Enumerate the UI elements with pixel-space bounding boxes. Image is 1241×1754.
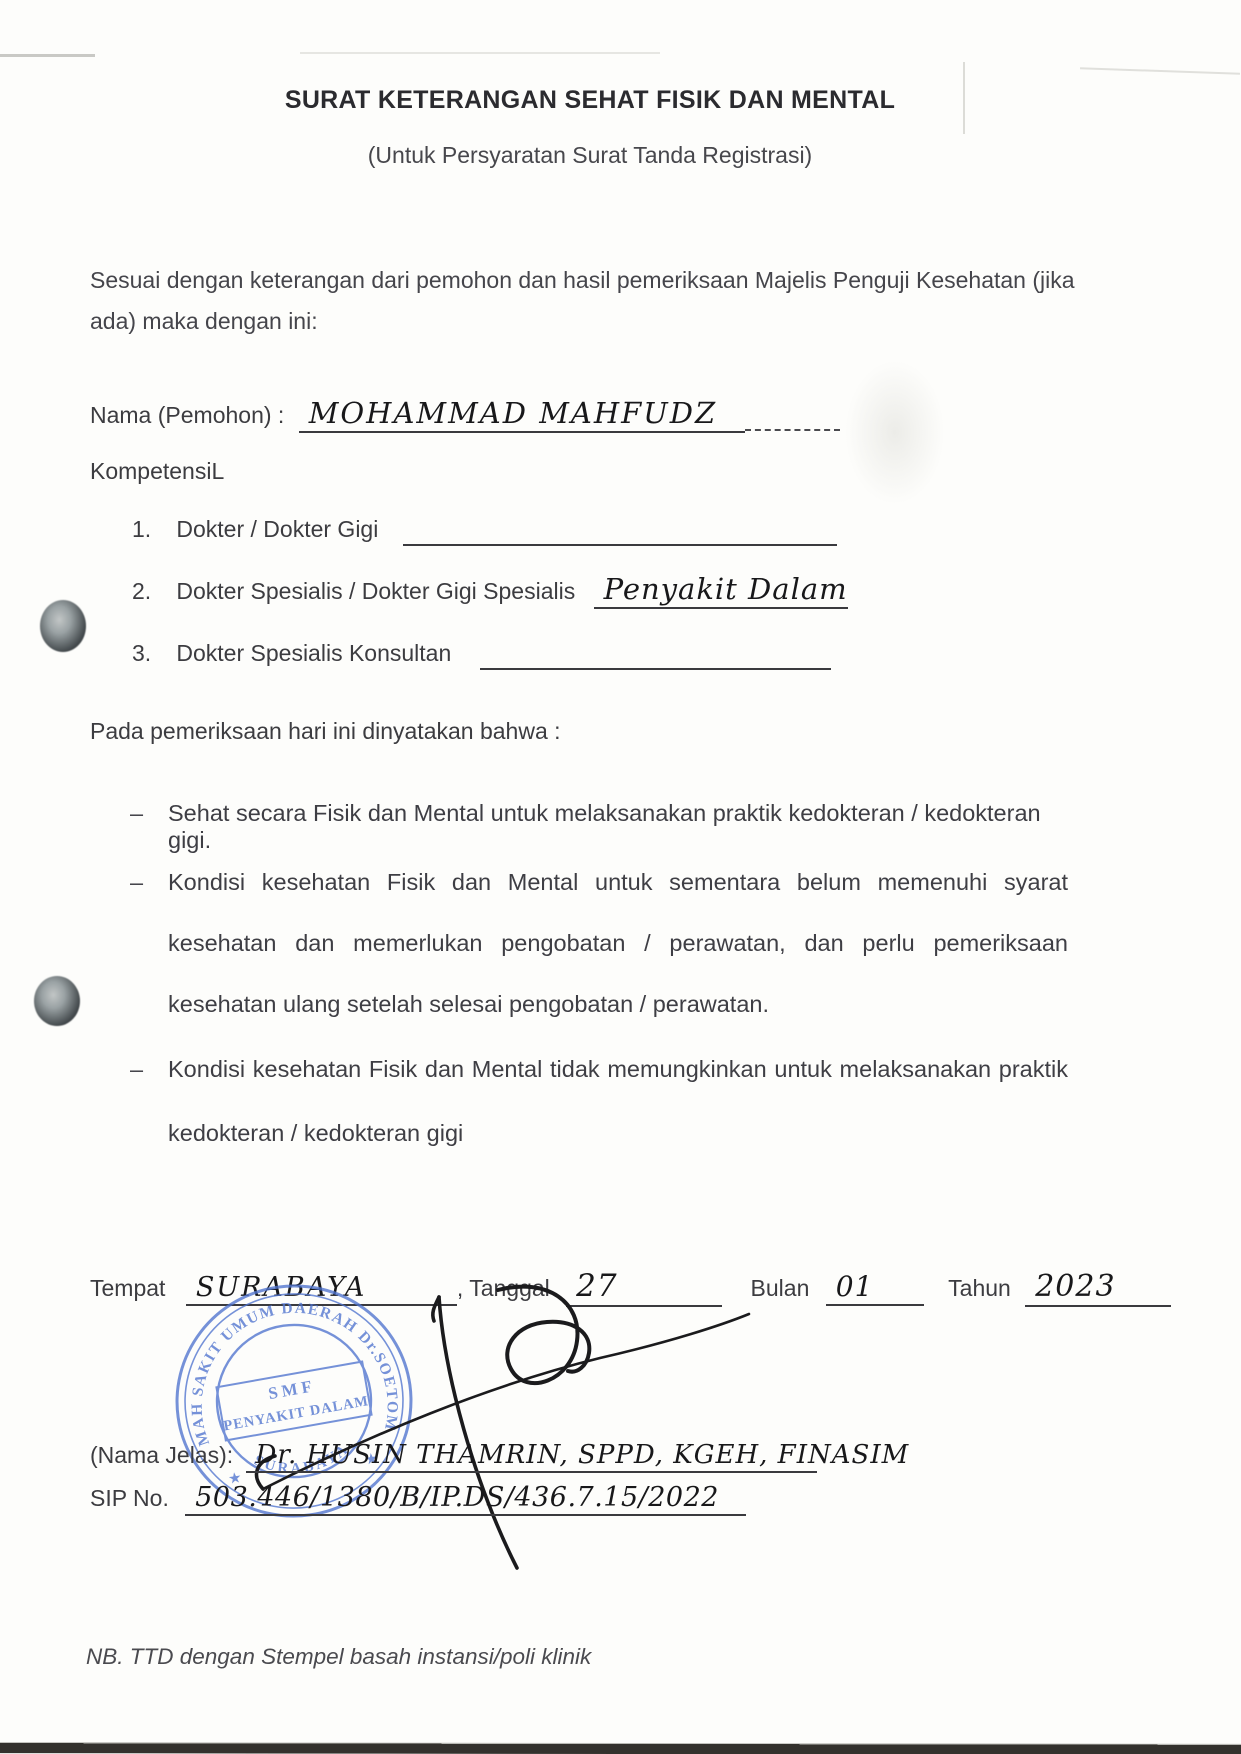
statement-3-dash: – (130, 1037, 168, 1165)
competency-item-2-number: 2. (132, 578, 170, 605)
competency-item-1-number: 1. (132, 516, 170, 543)
sip-label: SIP No. (90, 1485, 169, 1511)
scan-artifact-top-right (1080, 67, 1240, 75)
document-subtitle: (Untuk Persyaratan Surat Tanda Registras… (30, 142, 1150, 169)
scan-artifact-smudge (845, 360, 945, 505)
statement-2-text: Kondisi kesehatan Fisik dan Mental untuk… (168, 852, 1068, 1035)
statement-1-text: Sehat secara Fisik dan Mental untuk mela… (168, 800, 1068, 854)
competency-item-3: 3. Dokter Spesialis Konsultan (132, 640, 831, 670)
statement-1: – Sehat secara Fisik dan Mental untuk me… (130, 800, 1068, 854)
signer-name-field: Dr. HUSIN THAMRIN, SPPD, KGEH, FINASIM (246, 1440, 817, 1473)
applicant-name-handwriting: MOHAMMAD MAHFUDZ (309, 396, 717, 430)
document-title: SURAT KETERANGAN SEHAT FISIK DAN MENTAL (30, 86, 1150, 115)
statement-2: – Kondisi kesehatan Fisik dan Mental unt… (130, 852, 1068, 1035)
applicant-name-field: MOHAMMAD MAHFUDZ (299, 396, 745, 433)
signer-name-row: (Nama Jelas): Dr. HUSIN THAMRIN, SPPD, K… (90, 1440, 817, 1473)
year-label: Tahun (948, 1275, 1011, 1301)
competency-item-3-field (480, 640, 831, 670)
statement-3: – Kondisi kesehatan Fisik dan Mental tid… (130, 1037, 1068, 1165)
competency-item-2: 2. Dokter Spesialis / Dokter Gigi Spesia… (132, 572, 848, 609)
statement-2-dash: – (130, 852, 168, 1035)
competency-item-2-field: Penyakit Dalam (594, 572, 848, 609)
hole-punch-top (40, 600, 86, 652)
competency-item-2-label: Dokter Spesialis / Dokter Gigi Spesialis (176, 578, 575, 604)
scanned-document-page: SURAT KETERANGAN SEHAT FISIK DAN MENTAL … (0, 0, 1241, 1754)
applicant-name-field-tail (745, 402, 840, 431)
sip-row: SIP No. 503.446/1380/B/IP.DS/436.7.15/20… (90, 1482, 746, 1516)
statement-1-dash: – (130, 800, 168, 854)
scan-edge (0, 1742, 1241, 1754)
intro-paragraph: Sesuai dengan keterangan dari pemohon da… (90, 260, 1078, 342)
footnote: NB. TTD dengan Stempel basah instansi/po… (86, 1644, 591, 1670)
applicant-name-row: Nama (Pemohon) : MOHAMMAD MAHFUDZ (90, 396, 840, 433)
competency-heading: KompetensiL (90, 458, 224, 485)
applicant-name-label: Nama (Pemohon) : (90, 402, 284, 428)
competency-item-3-number: 3. (132, 640, 170, 667)
sip-handwriting: 503.446/1380/B/IP.DS/436.7.15/2022 (195, 1482, 719, 1513)
signer-name-handwriting: Dr. HUSIN THAMRIN, SPPD, KGEH, FINASIM (256, 1440, 910, 1470)
month-field: 01 (826, 1270, 924, 1306)
signer-name-label: (Nama Jelas): (90, 1442, 233, 1468)
year-handwriting: 2023 (1035, 1269, 1115, 1304)
competency-item-1-field (403, 516, 837, 546)
signature (230, 1263, 810, 1583)
statement-intro: Pada pemeriksaan hari ini dinyatakan bah… (90, 718, 561, 745)
year-field: 2023 (1025, 1269, 1171, 1307)
hole-punch-bottom (34, 976, 80, 1026)
place-label: Tempat (90, 1275, 165, 1301)
sip-field: 503.446/1380/B/IP.DS/436.7.15/2022 (185, 1482, 746, 1516)
competency-item-3-label: Dokter Spesialis Konsultan (176, 640, 451, 666)
competency-item-1: 1. Dokter / Dokter Gigi (132, 516, 837, 546)
scan-artifact-top-left (0, 54, 95, 57)
month-handwriting: 01 (836, 1270, 874, 1303)
statement-3-text: Kondisi kesehatan Fisik dan Mental tidak… (168, 1037, 1068, 1165)
scan-artifact-top-mid (300, 52, 660, 54)
competency-item-1-label: Dokter / Dokter Gigi (176, 516, 378, 542)
competency-item-2-handwriting: Penyakit Dalam (604, 572, 848, 606)
